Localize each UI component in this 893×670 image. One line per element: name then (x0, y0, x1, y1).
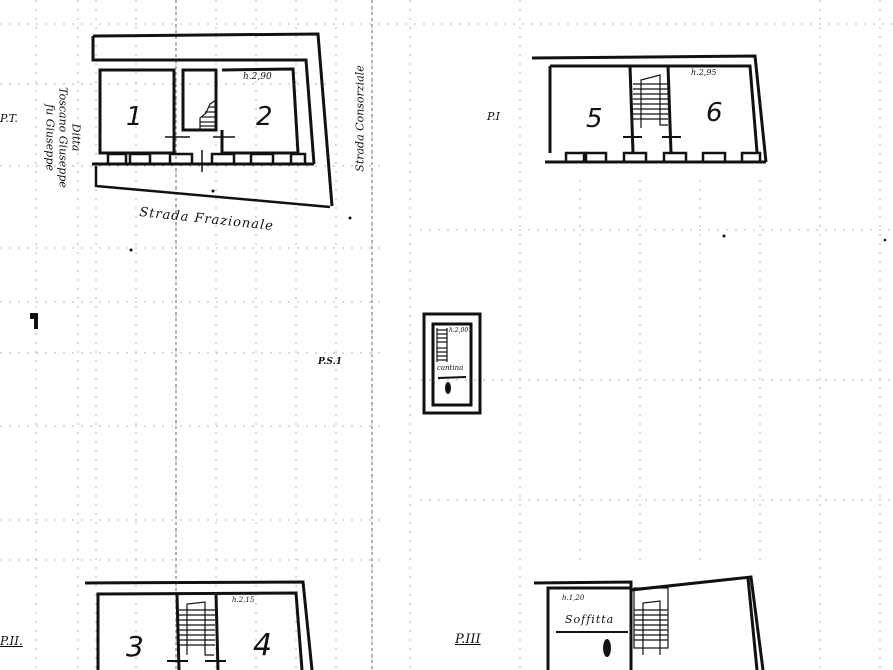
ground-floor-stair (200, 100, 216, 130)
neighbor-line-2: Toscano Giuseppe (57, 83, 70, 193)
second-floor-plan (85, 582, 312, 670)
third-floor-mark (603, 639, 611, 657)
left-neighbor-name: Ditta Toscano Giuseppe fu Giuseppe (44, 83, 83, 193)
street-consorziale: Strada Consorziale (354, 59, 367, 179)
basement-room-name: cantina (437, 364, 463, 372)
neighbor-line-3: fu Giuseppe (44, 83, 57, 193)
second-floor-label: P.II. (0, 634, 23, 648)
room-number-6: 6 (706, 98, 723, 128)
third-floor-label: P.III (455, 632, 481, 647)
ground-floor-label: P.T. (0, 112, 18, 125)
room-number-3: 3 (126, 630, 144, 663)
room-number-1: 1 (126, 102, 143, 132)
room-number-4: 4 (253, 628, 272, 663)
height-note-ground: h.2,90 (243, 72, 272, 82)
floor-plan-drawing (0, 0, 893, 670)
basement-mark (445, 382, 451, 394)
height-note-third: h.1,20 (562, 594, 584, 602)
floor-plan-sheet: 1 2 h.2,90 Ditta Toscano Giuseppe fu Giu… (0, 0, 893, 670)
basement-label: P.S.1 (318, 357, 342, 367)
height-note-first: h.2,95 (691, 68, 717, 77)
room-number-2: 2 (256, 102, 273, 132)
height-note-basement: h.2,00 (449, 327, 468, 334)
height-note-second: h.2,15 (232, 596, 254, 604)
room-number-5: 5 (586, 104, 603, 134)
neighbor-line-1: Ditta (70, 83, 83, 193)
third-floor-room-name: Soffitta (565, 613, 614, 626)
first-floor-label: P.I (487, 110, 500, 123)
